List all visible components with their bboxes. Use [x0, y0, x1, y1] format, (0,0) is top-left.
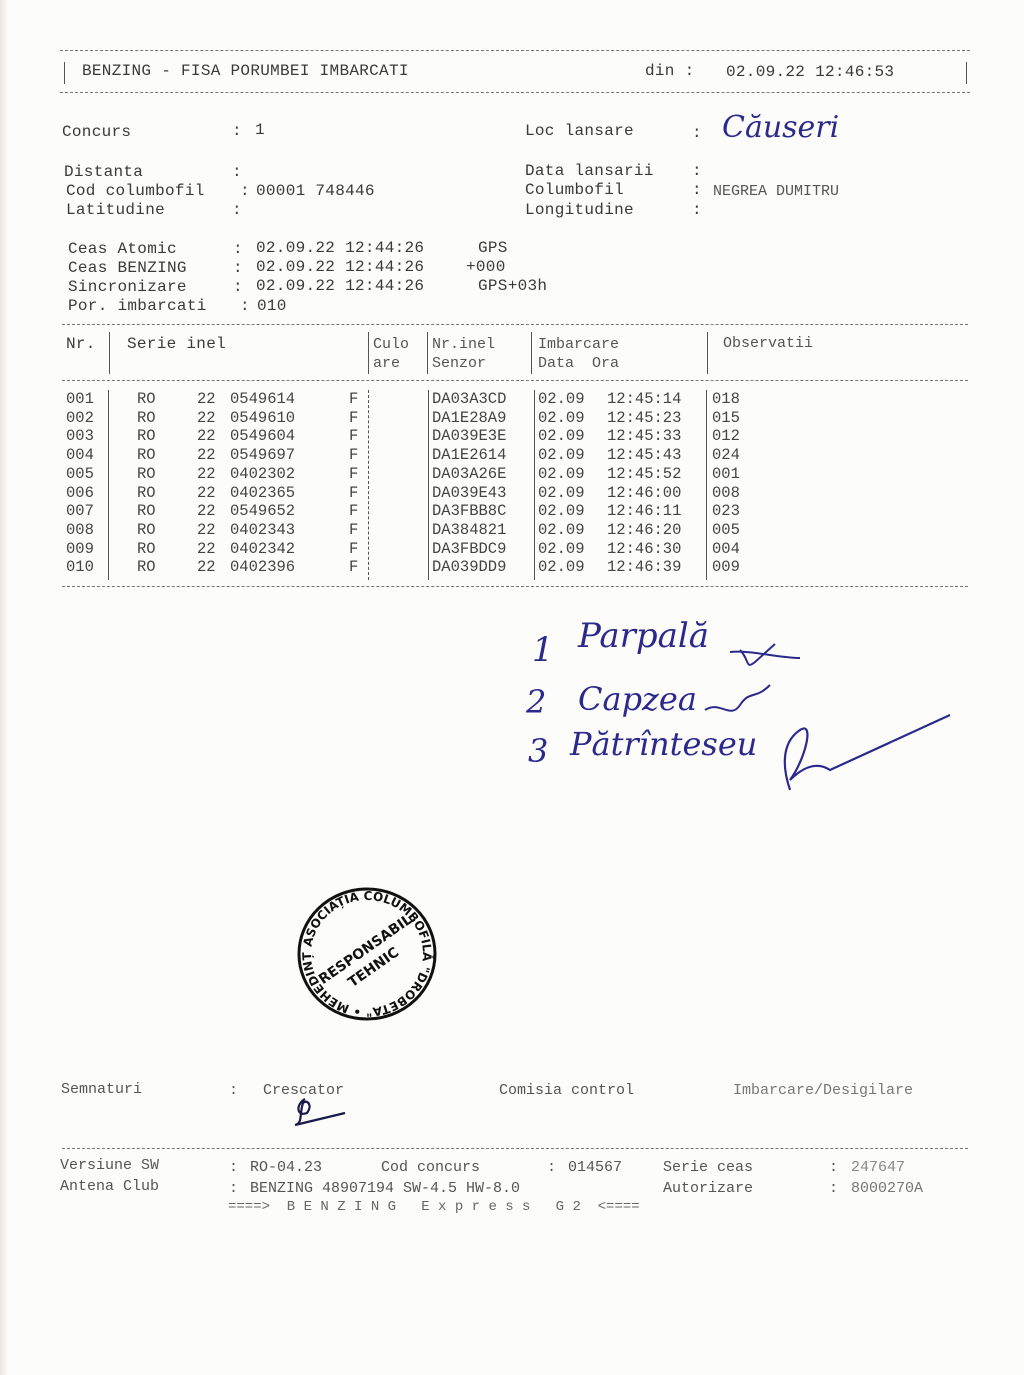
- row-serial: 0402343: [230, 521, 295, 539]
- header-nr-inel-1: Nr.inel: [432, 336, 495, 353]
- row-year: 22: [197, 390, 216, 408]
- ceas-benzing-colon: :: [233, 259, 243, 277]
- brand-line: ====> B E N Z I N G E x p r e s s G 2 <=…: [228, 1199, 640, 1215]
- row-serial: 0402342: [230, 540, 295, 558]
- col-sep: [427, 332, 428, 374]
- row-nr: 004: [66, 446, 94, 464]
- row-sensor: DA039DD9: [432, 558, 506, 576]
- row-observatii: 024: [712, 446, 740, 464]
- row-country: RO: [137, 465, 156, 483]
- autorizare-value: 8000270A: [851, 1180, 923, 1197]
- row-nr: 005: [66, 465, 94, 483]
- header-serie-inel: Serie inel: [127, 335, 226, 353]
- ceas-benzing-value: 02.09.22 12:44:26: [256, 258, 424, 276]
- row-date: 02.09: [538, 446, 585, 464]
- col-sep: [531, 332, 532, 374]
- row-sex: F: [349, 427, 358, 445]
- ceas-atomic-colon: :: [233, 240, 243, 258]
- row-sex: F: [349, 558, 358, 576]
- row-year: 22: [197, 502, 216, 520]
- row-country: RO: [137, 502, 156, 520]
- header-left-border: [64, 62, 65, 84]
- row-observatii: 008: [712, 484, 740, 502]
- concurs-colon: :: [232, 122, 242, 140]
- signature-scribbles-icon: [600, 630, 960, 810]
- col-sep: [534, 390, 535, 580]
- concurs-label: Concurs: [62, 123, 131, 141]
- antena-club-value: BENZING 48907194 SW-4.5 HW-8.0: [250, 1180, 520, 1197]
- row-sensor: DA03A3CD: [432, 390, 506, 408]
- row-time: 12:45:33: [607, 427, 681, 445]
- sincronizare-label: Sincronizare: [68, 278, 187, 296]
- row-sex: F: [349, 446, 358, 464]
- row-nr: 008: [66, 521, 94, 539]
- loc-lansare-label: Loc lansare: [525, 122, 634, 140]
- row-sex: F: [349, 390, 358, 408]
- row-sex: F: [349, 484, 358, 502]
- ceas-benzing-suffix: +000: [466, 258, 506, 276]
- signature-commission-label: Comisia control: [499, 1082, 634, 1099]
- row-year: 22: [197, 484, 216, 502]
- distanta-label: Distanta: [64, 163, 143, 181]
- row-observatii: 012: [712, 427, 740, 445]
- row-sex: F: [349, 521, 358, 539]
- serie-ceas-colon: :: [829, 1159, 838, 1176]
- col-sep: [368, 332, 369, 374]
- row-time: 12:45:43: [607, 446, 681, 464]
- row-nr: 007: [66, 502, 94, 520]
- longitudine-label: Longitudine: [525, 201, 634, 219]
- breeder-signature-icon: [285, 1095, 365, 1130]
- row-nr: 010: [66, 558, 94, 576]
- row-country: RO: [137, 409, 156, 427]
- row-year: 22: [197, 465, 216, 483]
- longitudine-colon: :: [692, 201, 702, 219]
- ceas-atomic-label: Ceas Atomic: [68, 240, 177, 258]
- row-nr: 003: [66, 427, 94, 445]
- document-title: BENZING - FISA PORUMBEI IMBARCATI: [82, 62, 409, 80]
- col-sep: [428, 390, 429, 580]
- data-lansarii-colon: :: [692, 162, 702, 180]
- loc-lansare-handwritten: Căuseri: [722, 110, 839, 145]
- cod-columbofil-label: Cod columbofil: [66, 182, 205, 200]
- row-country: RO: [137, 558, 156, 576]
- row-country: RO: [137, 390, 156, 408]
- ceas-benzing-label: Ceas BENZING: [68, 259, 187, 277]
- header-bottom-rule: [60, 92, 970, 93]
- sw-colon: :: [229, 1159, 238, 1176]
- concurs-value: 1: [255, 121, 265, 139]
- cod-columbofil-value: 00001 748446: [256, 182, 375, 200]
- row-year: 22: [197, 427, 216, 445]
- autorizare-label: Autorizare: [663, 1180, 753, 1197]
- date-label: din :: [645, 62, 695, 80]
- row-time: 12:46:11: [607, 502, 681, 520]
- porumbei-imbarcati-colon: :: [240, 297, 250, 315]
- row-serial: 0549697: [230, 446, 295, 464]
- sw-version-label: Versiune SW: [60, 1157, 159, 1174]
- latitudine-colon: :: [232, 201, 242, 219]
- porumbei-imbarcati-label: Por. imbarcati: [68, 297, 207, 315]
- row-sensor: DA3FBB8C: [432, 502, 506, 520]
- row-observatii: 009: [712, 558, 740, 576]
- col-sep: [707, 332, 708, 374]
- row-year: 22: [197, 521, 216, 539]
- row-country: RO: [137, 521, 156, 539]
- row-sex: F: [349, 540, 358, 558]
- header-imbarcare-1: Imbarcare: [538, 336, 619, 353]
- row-date: 02.09: [538, 390, 585, 408]
- cod-concurs-colon: :: [547, 1159, 556, 1176]
- autorizare-colon: :: [829, 1180, 838, 1197]
- row-date: 02.09: [538, 409, 585, 427]
- header-culoare-2: are: [373, 355, 400, 372]
- row-year: 22: [197, 409, 216, 427]
- signature-embarking-label: Imbarcare/Desigilare: [733, 1082, 913, 1099]
- row-observatii: 018: [712, 390, 740, 408]
- latitudine-label: Latitudine: [66, 201, 165, 219]
- row-sensor: DA1E28A9: [432, 409, 506, 427]
- row-serial: 0402396: [230, 558, 295, 576]
- row-country: RO: [137, 446, 156, 464]
- cod-columbofil-colon: :: [240, 182, 250, 200]
- club-stamp: ASOCIAȚIA COLUMBOFILĂ "DROBETA" • MEHEDI…: [296, 885, 438, 1023]
- row-sensor: DA039E3E: [432, 427, 506, 445]
- row-date: 02.09: [538, 465, 585, 483]
- row-country: RO: [137, 540, 156, 558]
- row-nr: 006: [66, 484, 94, 502]
- distanta-colon: :: [232, 163, 242, 181]
- row-nr: 001: [66, 390, 94, 408]
- antena-club-label: Antena Club: [60, 1178, 159, 1195]
- row-observatii: 001: [712, 465, 740, 483]
- row-observatii: 015: [712, 409, 740, 427]
- header-nr: Nr.: [66, 335, 96, 353]
- footer-rule: [62, 1148, 968, 1149]
- serie-ceas-value: 247647: [851, 1159, 905, 1176]
- col-sep: [706, 390, 707, 580]
- row-sex: F: [349, 502, 358, 520]
- columbofil-colon: :: [692, 181, 702, 199]
- row-time: 12:45:52: [607, 465, 681, 483]
- header-observatii: Observatii: [723, 335, 813, 352]
- row-observatii: 004: [712, 540, 740, 558]
- row-date: 02.09: [538, 484, 585, 502]
- col-sep: [108, 390, 109, 580]
- row-serial: 0402302: [230, 465, 295, 483]
- columbofil-label: Columbofil: [525, 181, 624, 199]
- commission-num-2: 2: [526, 683, 546, 721]
- columbofil-value: NEGREA DUMITRU: [713, 183, 839, 200]
- row-time: 12:46:20: [607, 521, 681, 539]
- row-serial: 0549604: [230, 427, 295, 445]
- header-nr-inel-2: Senzor: [432, 355, 486, 372]
- row-serial: 0402365: [230, 484, 295, 502]
- header-culoare-1: Culo: [373, 336, 409, 353]
- ceas-atomic-suffix: GPS: [478, 239, 508, 257]
- row-observatii: 023: [712, 502, 740, 520]
- row-date: 02.09: [538, 502, 585, 520]
- row-sensor: DA1E2614: [432, 446, 506, 464]
- row-year: 22: [197, 540, 216, 558]
- row-serial: 0549652: [230, 502, 295, 520]
- table-bottom-rule: [62, 586, 968, 587]
- row-sensor: DA384821: [432, 521, 506, 539]
- cod-concurs-label: Cod concurs: [381, 1159, 480, 1176]
- row-date: 02.09: [538, 427, 585, 445]
- loc-lansare-colon: :: [692, 124, 702, 142]
- sincronizare-colon: :: [233, 278, 243, 296]
- row-nr: 009: [66, 540, 94, 558]
- sincronizare-value: 02.09.22 12:44:26: [256, 277, 424, 295]
- row-time: 12:45:23: [607, 409, 681, 427]
- header-right-border: [966, 62, 967, 84]
- row-nr: 002: [66, 409, 94, 427]
- row-sex: F: [349, 409, 358, 427]
- commission-num-1: 1: [532, 630, 554, 670]
- row-year: 22: [197, 446, 216, 464]
- signatures-label: Semnaturi: [61, 1081, 142, 1098]
- row-time: 12:46:00: [607, 484, 681, 502]
- sw-version-value: RO-04.23: [250, 1159, 322, 1176]
- row-time: 12:45:14: [607, 390, 681, 408]
- row-date: 02.09: [538, 521, 585, 539]
- row-sensor: DA3FBDC9: [432, 540, 506, 558]
- row-observatii: 005: [712, 521, 740, 539]
- antena-colon: :: [229, 1180, 238, 1197]
- table-header-rule: [62, 380, 968, 381]
- commission-num-3: 3: [528, 732, 548, 770]
- row-time: 12:46:30: [607, 540, 681, 558]
- header-top-rule: [60, 50, 970, 51]
- sincronizare-suffix: GPS+03h: [478, 277, 547, 295]
- serie-ceas-label: Serie ceas: [663, 1159, 753, 1176]
- data-lansarii-label: Data lansarii: [525, 162, 654, 180]
- row-serial: 0549610: [230, 409, 295, 427]
- row-sex: F: [349, 465, 358, 483]
- row-time: 12:46:39: [607, 558, 681, 576]
- table-top-rule: [62, 324, 968, 325]
- porumbei-imbarcati-value: 010: [257, 297, 287, 315]
- header-imbarcare-2: Data Ora: [538, 355, 619, 372]
- row-serial: 0549614: [230, 390, 295, 408]
- row-date: 02.09: [538, 558, 585, 576]
- row-year: 22: [197, 558, 216, 576]
- print-datetime: 02.09.22 12:46:53: [726, 63, 894, 81]
- signatures-colon: :: [229, 1082, 238, 1099]
- row-date: 02.09: [538, 540, 585, 558]
- row-sensor: DA03A26E: [432, 465, 506, 483]
- ceas-atomic-value: 02.09.22 12:44:26: [256, 239, 424, 257]
- col-sep: [109, 332, 110, 374]
- cod-concurs-value: 014567: [568, 1159, 622, 1176]
- page-edge-shadow: [0, 0, 8, 1375]
- col-sep: [368, 390, 369, 580]
- row-country: RO: [137, 427, 156, 445]
- row-sensor: DA039E43: [432, 484, 506, 502]
- row-country: RO: [137, 484, 156, 502]
